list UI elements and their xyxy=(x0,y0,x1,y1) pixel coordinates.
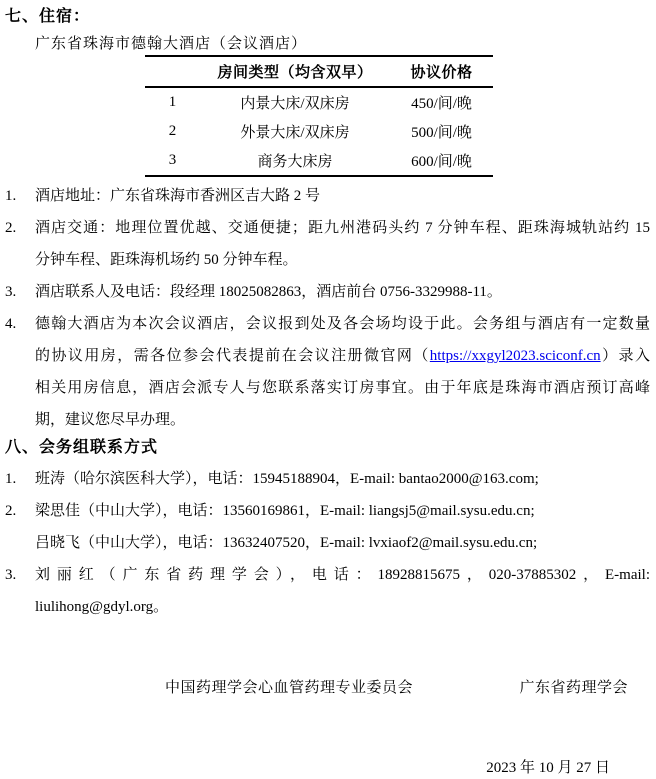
room-type-cell: 外景大床/双床房 xyxy=(200,117,390,146)
registration-link[interactable]: https://xxgyl2023.sciconf.cn xyxy=(430,348,601,364)
list-item-hotel-contact: 3. 酒店联系人及电话：段经理 18025082863，酒店前台 0756-33… xyxy=(5,276,650,308)
room-type-cell: 内景大床/双床房 xyxy=(200,87,390,117)
paragraph-line: liulihong@gdyl.org。 xyxy=(35,591,650,623)
hotel-name: 广东省珠海市德翰大酒店（会议酒店） xyxy=(5,35,650,53)
list-item-hotel-transport: 2. 酒店交通：地理位置优越、交通便捷；距九州港码头约 7 分钟车程、距珠海城轨… xyxy=(5,212,650,276)
item-number: 1. xyxy=(5,463,16,495)
table-row: 2 外景大床/双床房 500/间/晚 xyxy=(145,117,493,146)
price-header: 协议价格 xyxy=(390,56,493,87)
list-item-booking-info: 4. 德翰大酒店为本次会议酒店，会议报到处及各会场均设于此。会务组与酒店有一定数… xyxy=(5,308,650,436)
paragraph-line: 班涛（哈尔滨医科大学），电话：15945188904，E-mail: banta… xyxy=(35,463,650,495)
paragraph-line: 酒店交通：地理位置优越、交通便捷；距九州港码头约 7 分钟车程、距珠海城轨站约 … xyxy=(35,212,650,244)
contact-list: 1. 班涛（哈尔滨医科大学），电话：15945188904，E-mail: ba… xyxy=(5,463,650,623)
section-7-heading: 七、住宿： xyxy=(5,6,650,28)
item-number: 4. xyxy=(5,308,16,340)
room-price-cell: 600/间/晚 xyxy=(390,146,493,176)
date-line: 2023 年 10 月 27 日 xyxy=(5,758,650,778)
room-type-cell: 商务大床房 xyxy=(200,146,390,176)
room-price-cell: 450/间/晚 xyxy=(390,87,493,117)
paragraph-line: 酒店地址：广东省珠海市香洲区吉大路 2 号 xyxy=(35,180,650,212)
room-number-cell: 3 xyxy=(145,146,200,176)
room-number-header xyxy=(145,56,200,87)
room-number-cell: 1 xyxy=(145,87,200,117)
paragraph-line: 吕晓飞（中山大学），电话：13632407520，E-mail: lvxiaof… xyxy=(35,527,650,559)
hotel-info-list: 1. 酒店地址：广东省珠海市香洲区吉大路 2 号 2. 酒店交通：地理位置优越、… xyxy=(5,180,650,436)
link-post-text: ）录入 xyxy=(601,348,650,364)
item-number: 1. xyxy=(5,180,16,212)
room-price-table: 房间类型（均含双早） 协议价格 1 内景大床/双床房 450/间/晚 2 外景大… xyxy=(145,55,493,177)
room-type-header: 房间类型（均含双早） xyxy=(200,56,390,87)
paragraph-line: 分钟车程、距珠海机场约 50 分钟车程。 xyxy=(35,244,650,276)
item-number: 3. xyxy=(5,276,16,308)
footer-org-right: 广东省药理学会 xyxy=(519,678,628,698)
item-number: 3. xyxy=(5,559,16,591)
paragraph-line: 相关用房信息，酒店会派专人与您联系落实订房事宜。由于年底是珠海市酒店预订高峰 xyxy=(35,372,650,404)
link-pre-text: 的协议用房，需各位参会代表提前在会议注册微官网（ xyxy=(35,348,430,364)
list-item-contact-liulihong: 3. 刘丽红（广东省药理学会），电话：18928815675，020-37885… xyxy=(5,559,650,623)
paragraph-line: 德翰大酒店为本次会议酒店，会议报到处及各会场均设于此。会务组与酒店有一定数量 xyxy=(35,308,650,340)
paragraph-line: 梁思佳（中山大学），电话：13560169861，E-mail: liangsj… xyxy=(35,495,650,527)
list-item-contact-sysu: 2. 梁思佳（中山大学），电话：13560169861，E-mail: lian… xyxy=(5,495,650,559)
table-row: 1 内景大床/双床房 450/间/晚 xyxy=(145,87,493,117)
room-number-cell: 2 xyxy=(145,117,200,146)
list-item-hotel-address: 1. 酒店地址：广东省珠海市香洲区吉大路 2 号 xyxy=(5,180,650,212)
item-number: 2. xyxy=(5,212,16,244)
footer-org-left: 中国药理学会心血管药理专业委员会 xyxy=(165,678,413,698)
paragraph-line: 期，建议您尽早办理。 xyxy=(35,404,650,436)
paragraph-line: 刘丽红（广东省药理学会），电话：18928815675，020-37885302… xyxy=(35,559,650,591)
room-price-cell: 500/间/晚 xyxy=(390,117,493,146)
list-item-contact-bantao: 1. 班涛（哈尔滨医科大学），电话：15945188904，E-mail: ba… xyxy=(5,463,650,495)
paragraph-line: 的协议用房，需各位参会代表提前在会议注册微官网（https://xxgyl202… xyxy=(35,340,650,372)
footer-organizations: 中国药理学会心血管药理专业委员会 广东省药理学会 xyxy=(5,678,650,698)
item-number: 2. xyxy=(5,495,16,527)
paragraph-line: 酒店联系人及电话：段经理 18025082863，酒店前台 0756-33299… xyxy=(35,276,650,308)
section-8-heading: 八、会务组联系方式 xyxy=(5,436,650,460)
document-page: 七、住宿： 广东省珠海市德翰大酒店（会议酒店） 房间类型（均含双早） 协议价格 … xyxy=(0,0,656,779)
table-row: 3 商务大床房 600/间/晚 xyxy=(145,146,493,176)
table-header-row: 房间类型（均含双早） 协议价格 xyxy=(145,56,493,87)
